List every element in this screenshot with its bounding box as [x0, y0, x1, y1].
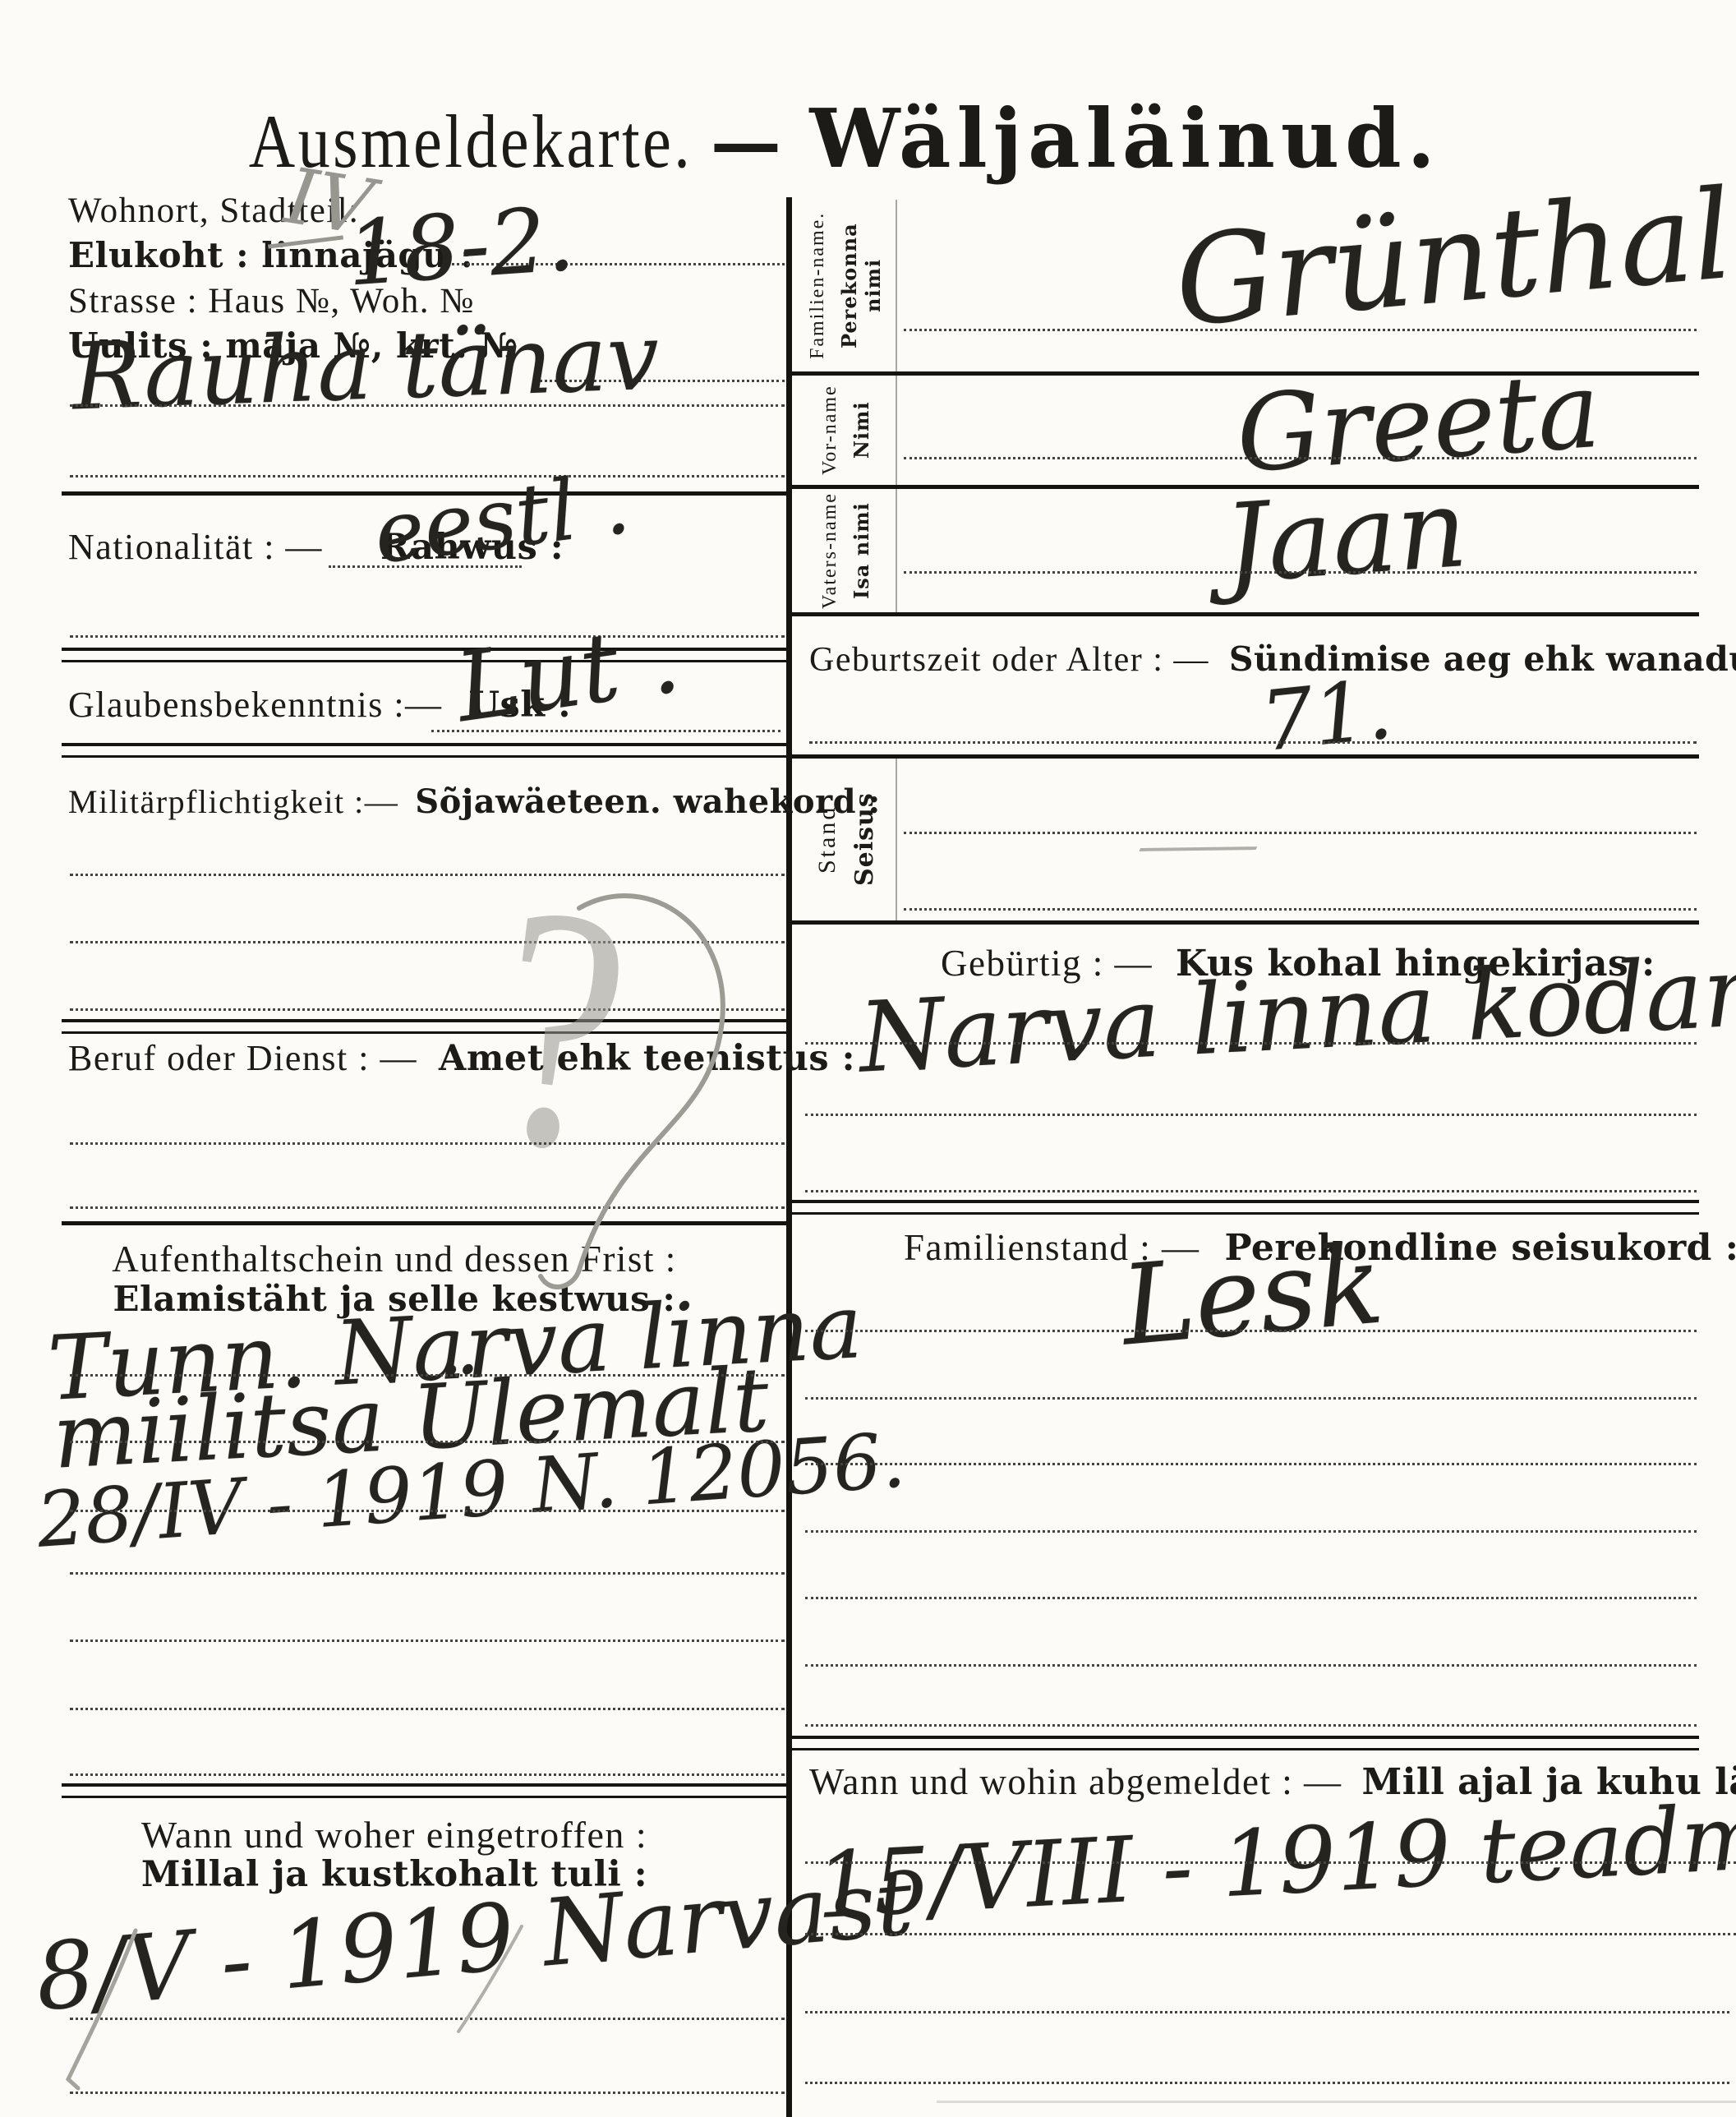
label-box-divider: [896, 759, 897, 920]
card-title: Ausmeldekarte. — Wäljaläinud.: [210, 92, 1441, 187]
fill-line: [431, 730, 781, 732]
field-label-father-name-de: Vaters-name: [818, 489, 842, 612]
section-rule-double: [787, 1736, 1699, 1750]
ruled-line: [805, 1933, 1736, 1935]
field-label-family-name-et: Perekonna nimi: [838, 200, 886, 371]
ruled-line: [805, 1724, 1697, 1727]
fill-line: [904, 832, 1697, 834]
fill-line: [904, 329, 1697, 331]
handwritten-estate-dash: —: [1131, 816, 1264, 875]
field-label-estate-de: Stand: [813, 759, 842, 920]
title-dash: —: [711, 101, 782, 184]
ruled-line: [805, 1330, 1697, 1332]
handwritten-family-name: Grünthal: [1170, 164, 1736, 355]
section-rule: [787, 920, 1699, 925]
field-label-father-name-et: Isa nimi: [850, 489, 874, 612]
ruled-line: [805, 1463, 1697, 1465]
handwritten-father-name: Jaan: [1220, 465, 1471, 608]
fill-line: [329, 565, 522, 568]
ruled-line: [70, 475, 785, 477]
handwritten-religion: Lut .: [449, 603, 686, 745]
handwritten-family-status: Lesk: [1117, 1220, 1388, 1370]
ruled-line: [805, 1861, 1736, 1864]
field-label-family-name: Familien-name. Perekonna nimi: [799, 200, 893, 371]
title-estonian: Wäljaläinud.: [809, 92, 1440, 187]
ruled-line: [70, 1773, 785, 1776]
section-rule-double: [62, 1783, 786, 1798]
ruled-line: [805, 2011, 1729, 2013]
ruled-line: [805, 1042, 1697, 1045]
ruled-line: [70, 404, 785, 407]
section-rule-double: [787, 1200, 1699, 1215]
pencil-stroke: [444, 1923, 534, 2038]
ruled-line: [70, 1510, 785, 1512]
ruled-line: [805, 1597, 1697, 1599]
field-label-military: Militärpflichtigkeit :— Sõjawäeteen. wah…: [68, 782, 881, 821]
field-label-first-name-et: Nimi: [850, 376, 874, 485]
ruled-line: [70, 1708, 785, 1710]
ruled-line: [70, 635, 785, 638]
label-box-divider: [896, 200, 897, 371]
field-label-first-name-de: Vor-name: [818, 376, 842, 485]
field-label-military-de: Militärpflichtigkeit :—: [68, 782, 398, 821]
fill-line: [809, 741, 1697, 744]
field-label-religion-de: Glaubensbekenntnis :—: [68, 684, 443, 726]
ruled-line: [70, 1441, 785, 1443]
handwritten-nationality: eestl .: [369, 454, 635, 583]
label-box-divider: [896, 376, 897, 485]
ruled-line: [805, 1114, 1697, 1116]
ruled-line: [805, 1664, 1697, 1667]
registration-card-scan: Ausmeldekarte. — Wäljaläinud. Wohnort, S…: [0, 0, 1736, 2117]
section-rule: [787, 612, 1699, 616]
field-label-birth-de: Geburtszeit oder Alter : —: [809, 640, 1209, 680]
fill-line: [904, 457, 1697, 459]
ruled-line: [805, 1530, 1697, 1533]
field-label-first-name: Vor-name Nimi: [799, 376, 893, 485]
field-label-estate: Stand Seisus: [799, 759, 893, 920]
ruled-line: [805, 1190, 1697, 1192]
section-rule: [787, 754, 1699, 759]
field-label-father-name: Vaters-name Isa nimi: [799, 489, 893, 612]
fill-line: [904, 908, 1697, 911]
pencil-stroke: [45, 1927, 160, 2100]
ruled-line: [805, 1397, 1697, 1400]
field-label-nationality-de: Nationalität : —: [68, 526, 323, 568]
fill-line: [904, 571, 1697, 574]
field-label-family-name-de: Familien-name.: [806, 200, 830, 371]
section-rule-double: [62, 743, 786, 758]
ruled-line: [805, 2082, 1729, 2084]
ruled-line: [70, 1572, 785, 1575]
ruled-line: [70, 1374, 785, 1377]
question-mark-pencil-curve: [411, 883, 764, 1303]
label-box-divider: [896, 489, 897, 612]
handwritten-house-number: 18-2.: [343, 187, 578, 306]
ruled-line: [70, 874, 785, 876]
ruled-line: [70, 1640, 785, 1642]
ruled-line: [70, 2092, 785, 2094]
handwritten-street: Rauha tänav: [71, 304, 661, 431]
ruled-line: [70, 2018, 785, 2020]
scan-smudge-line: [937, 2101, 1736, 2103]
field-label-estate-et: Seisus: [850, 759, 880, 920]
field-label-occupation-de: Beruf oder Dienst : —: [68, 1037, 417, 1079]
field-label-departure-de: Wann und wohin abgemeldet : —: [809, 1760, 1342, 1803]
field-label-arrival-de: Wann und woher eingetroffen :: [90, 1813, 698, 1856]
